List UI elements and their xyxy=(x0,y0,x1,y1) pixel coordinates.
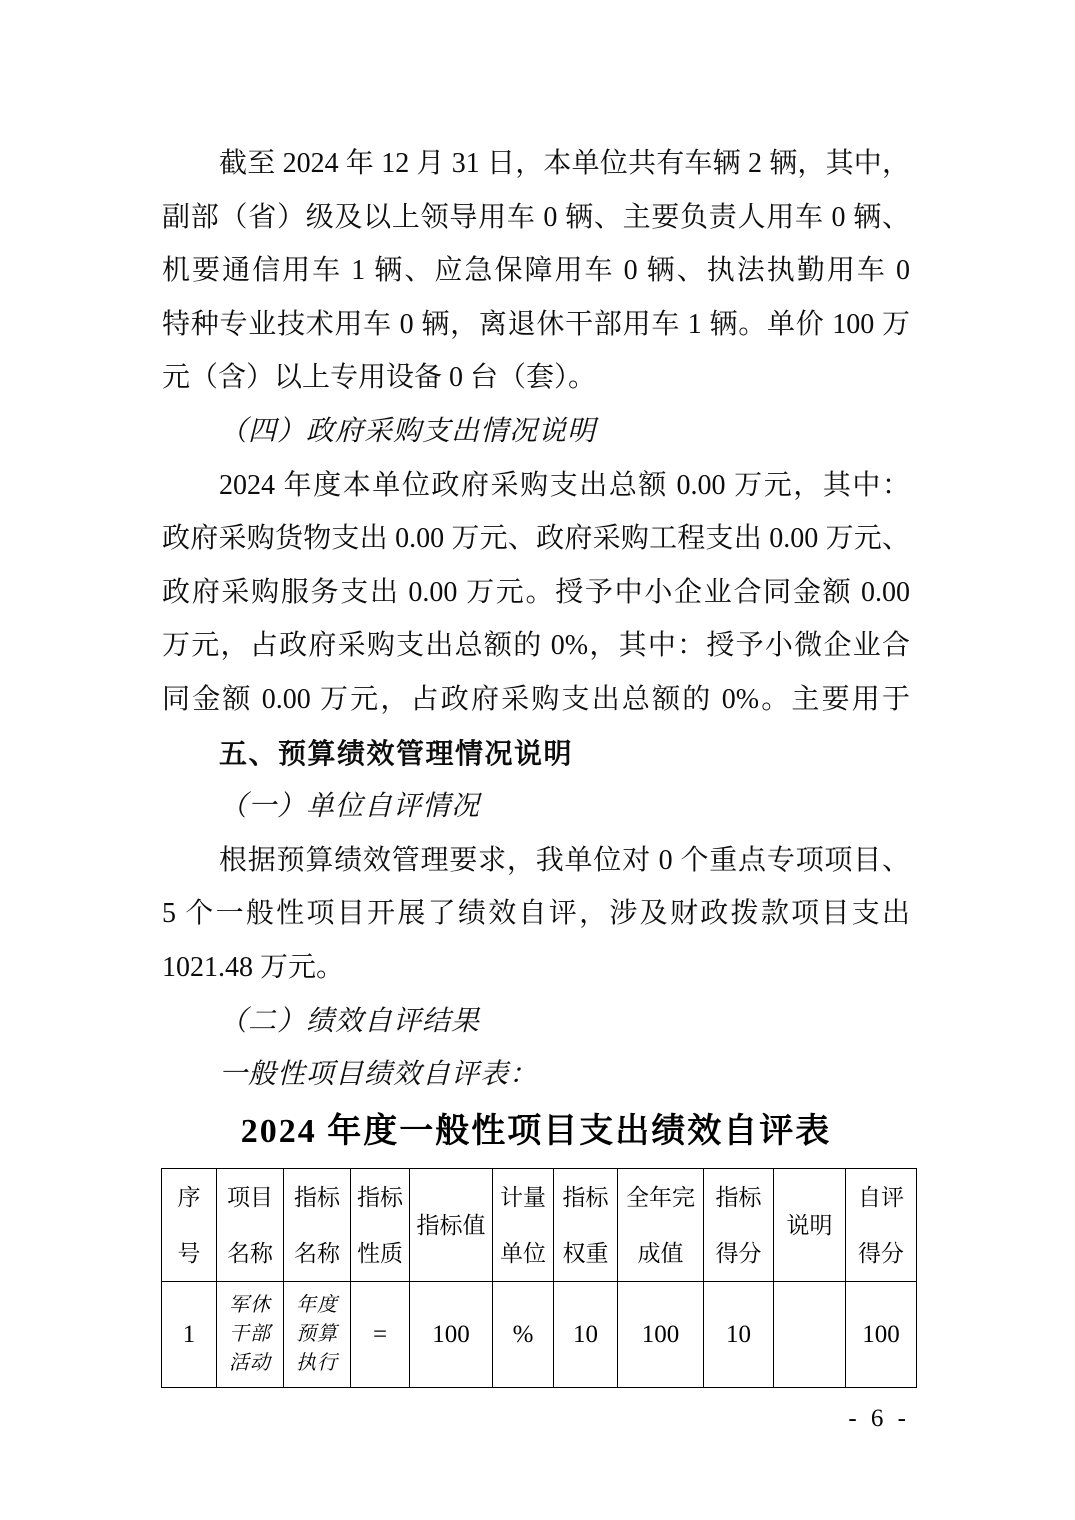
header-text: 权重 xyxy=(563,1238,609,1268)
table-cell-unit: % xyxy=(493,1282,554,1388)
table-title: 2024 年度一般性项目支出绩效自评表 xyxy=(162,1102,910,1162)
table-cell-self-score: 100 xyxy=(846,1282,917,1388)
cell-text: 1 xyxy=(183,1320,196,1350)
header-text: 项目 xyxy=(227,1182,273,1212)
body-text-line: 截至 2024 年 12 月 31 日，本单位共有车辆 2 辆，其中， xyxy=(162,137,910,191)
subsection-heading-self-eval: （一）单位自评情况 xyxy=(162,780,910,834)
table-header-cell: 指标权重 xyxy=(554,1169,618,1282)
table-header-cell: 说明 xyxy=(774,1169,846,1282)
cell-text: = xyxy=(373,1320,387,1350)
header-text: 单位 xyxy=(500,1238,546,1268)
subsection-heading-procurement: （四）政府采购支出情况说明 xyxy=(162,405,910,459)
body-text-line: 特种专业技术用车 0 辆，离退休干部用车 1 辆。单价 100 万 xyxy=(162,298,910,352)
header-text: 指标 xyxy=(357,1182,403,1212)
body-text-line: 政府采购服务支出 0.00 万元。授予中小企业合同金额 0.00 xyxy=(162,566,910,620)
table-intro-label: 一般性项目绩效自评表： xyxy=(162,1048,910,1102)
table-header-cell: 指标得分 xyxy=(704,1169,774,1282)
table-header-row: 序号 项目名称 指标名称 指标性质 指标值 计量单位 指标权重 全年完成值 指标… xyxy=(162,1169,917,1282)
header-text: 号 xyxy=(178,1238,201,1268)
body-text-line: 机要通信用车 1 辆、应急保障用车 0 辆、执法执勤用车 0 辆， xyxy=(162,244,910,298)
cell-text: 100 xyxy=(642,1320,680,1350)
body-text-line: 根据预算绩效管理要求，我单位对 0 个重点专项项目、 xyxy=(162,834,910,888)
cell-text: 100 xyxy=(432,1320,470,1350)
header-text: 计量 xyxy=(500,1182,546,1212)
header-text: 全年完 xyxy=(626,1182,695,1212)
cell-text: 活动 xyxy=(229,1349,271,1378)
header-text: 得分 xyxy=(858,1238,904,1268)
header-text: 性质 xyxy=(357,1238,403,1268)
body-text-line: 2024 年度本单位政府采购支出总额 0.00 万元，其中： xyxy=(162,459,910,513)
table-header-cell: 指标值 xyxy=(410,1169,493,1282)
table-cell-target: 100 xyxy=(410,1282,493,1388)
header-text: 指标 xyxy=(716,1182,762,1212)
table-cell-weight: 10 xyxy=(554,1282,618,1388)
table-header-cell: 指标名称 xyxy=(284,1169,351,1282)
header-text: 成值 xyxy=(638,1238,684,1268)
body-text-line: 副部（省）级及以上领导用车 0 辆、主要负责人用车 0 辆、 xyxy=(162,191,910,245)
cell-text: 年度 xyxy=(296,1291,338,1320)
header-text: 说明 xyxy=(787,1210,833,1240)
table-cell-score: 10 xyxy=(704,1282,774,1388)
cell-text: 10 xyxy=(573,1320,598,1350)
table-cell-note xyxy=(774,1282,846,1388)
header-text: 名称 xyxy=(227,1238,273,1268)
body-text-line: 政府采购货物支出 0.00 万元、政府采购工程支出 0.00 万元、 xyxy=(162,512,910,566)
table-cell-project: 军休干部活动 xyxy=(217,1282,284,1388)
cell-text: 100 xyxy=(862,1320,900,1350)
body-text-line: 同金额 0.00 万元，占政府采购支出总额的 0%。主要用于 xyxy=(162,673,910,727)
cell-text: 预算 xyxy=(296,1320,338,1349)
cell-text: 军休 xyxy=(229,1291,271,1320)
section-heading-performance: 五、预算绩效管理情况说明 xyxy=(162,727,910,781)
header-text: 指标 xyxy=(563,1182,609,1212)
body-text-line: 1021.48 万元。 xyxy=(162,941,910,995)
cell-text: 执行 xyxy=(296,1349,338,1378)
table-row: 1 军休干部活动 年度预算执行 = 100 % 10 100 10 100 xyxy=(162,1282,917,1388)
body-content: 截至 2024 年 12 月 31 日，本单位共有车辆 2 辆，其中， 副部（省… xyxy=(162,137,910,1102)
table-cell-nature: = xyxy=(351,1282,410,1388)
performance-table: 序号 项目名称 指标名称 指标性质 指标值 计量单位 指标权重 全年完成值 指标… xyxy=(161,1168,917,1388)
table-header-cell: 计量单位 xyxy=(493,1169,554,1282)
cell-text: 干部 xyxy=(229,1320,271,1349)
document-page: 截至 2024 年 12 月 31 日，本单位共有车辆 2 辆，其中， 副部（省… xyxy=(0,0,1075,1520)
header-text: 名称 xyxy=(294,1238,340,1268)
table-header-cell: 序号 xyxy=(162,1169,217,1282)
table-cell-completion: 100 xyxy=(618,1282,704,1388)
page-number: - 6 - xyxy=(162,1405,910,1433)
cell-text: 10 xyxy=(726,1320,751,1350)
cell-text: % xyxy=(513,1320,534,1350)
header-text: 序 xyxy=(178,1182,201,1212)
table-cell-indicator: 年度预算执行 xyxy=(284,1282,351,1388)
table-header-cell: 指标性质 xyxy=(351,1169,410,1282)
body-text-line: 元（含）以上专用设备 0 台（套）。 xyxy=(162,351,910,405)
table-cell-seq: 1 xyxy=(162,1282,217,1388)
body-text-line: 5 个一般性项目开展了绩效自评，涉及财政拨款项目支出 xyxy=(162,887,910,941)
subsection-heading-results: （二）绩效自评结果 xyxy=(162,995,910,1049)
table-header-cell: 自评得分 xyxy=(846,1169,917,1282)
header-text: 自评 xyxy=(858,1182,904,1212)
header-text: 得分 xyxy=(716,1238,762,1268)
table-header-cell: 全年完成值 xyxy=(618,1169,704,1282)
header-text: 指标 xyxy=(294,1182,340,1212)
table-header-cell: 项目名称 xyxy=(217,1169,284,1282)
body-text-line: 万元，占政府采购支出总额的 0%，其中：授予小微企业合 xyxy=(162,619,910,673)
header-text: 指标值 xyxy=(417,1210,486,1240)
